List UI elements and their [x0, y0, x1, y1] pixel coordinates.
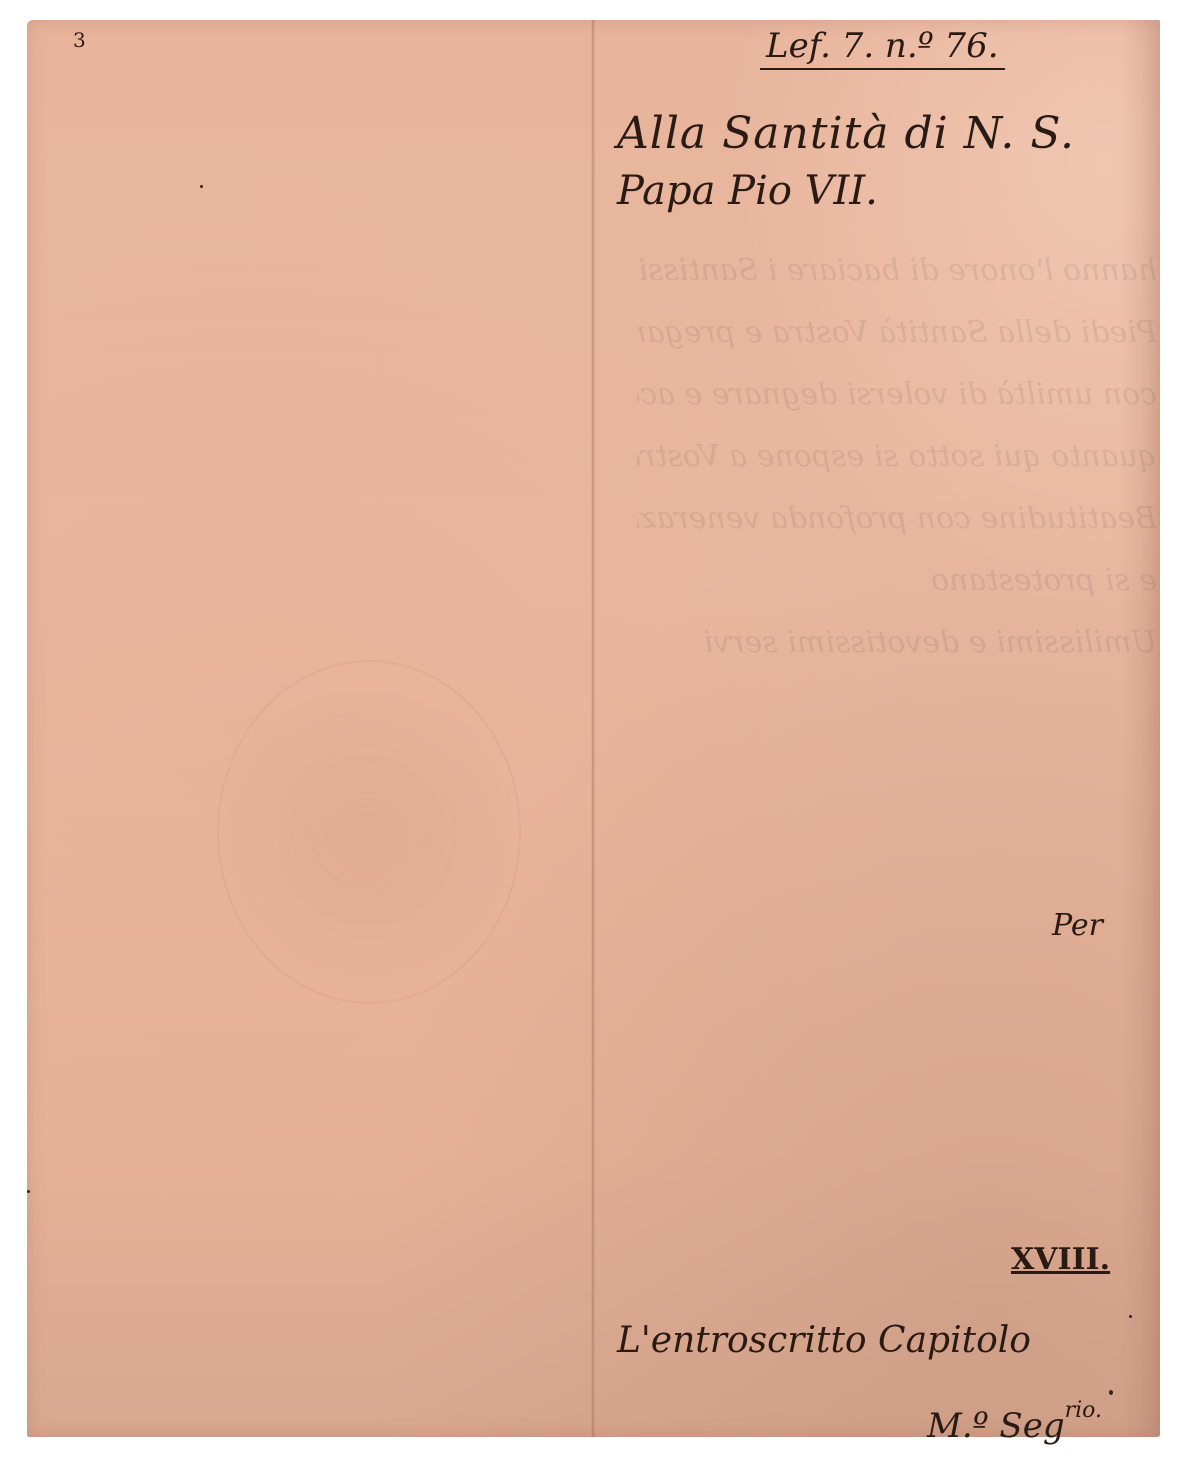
bleed-line: Umilissimi e devotissimi servi	[637, 612, 1157, 674]
wax-seal-ghost	[217, 660, 521, 1004]
address-line-1: Alla Santità di N. S.	[617, 108, 1075, 159]
letter-sheet: hanno l'onore di baciare i Santissimi Pi…	[27, 20, 1160, 1437]
signature-main: M.º Seg	[927, 1406, 1065, 1446]
bleed-line: quanto qui sotto si espone a Vostra	[637, 426, 1157, 488]
bleed-line: hanno l'onore di baciare i Santissimi	[637, 240, 1157, 302]
signature-superscript: rio.	[1065, 1398, 1102, 1423]
ink-spot	[27, 1190, 30, 1193]
per-note: Per	[1052, 908, 1103, 943]
archive-reference: Lef. 7. n.º 76.	[760, 26, 1005, 70]
endorsement-text: L'entroscritto Capitolo	[617, 1320, 1031, 1361]
edge-shading	[1120, 20, 1160, 1437]
bleed-through-text: hanno l'onore di baciare i Santissimi Pi…	[637, 240, 1157, 700]
secretary-signature: M.º Segrio.	[927, 1398, 1102, 1446]
roman-numeral-note: XVIII.	[1011, 1242, 1110, 1277]
page-number: 3	[73, 28, 86, 52]
bleed-line: con umiltà di volersi degnare e accordar…	[637, 364, 1157, 426]
bleed-line: Piedi della Santità Vostra e pregarla	[637, 302, 1157, 364]
ink-spot	[200, 185, 203, 188]
ink-spot	[1129, 1315, 1132, 1318]
bleed-line: e si protestano	[637, 550, 1157, 612]
address-line-2: Papa Pio VII.	[617, 168, 878, 214]
bleed-line: Beatitudine con profonda venerazione	[637, 488, 1157, 550]
ink-spot	[1109, 1390, 1113, 1395]
center-fold-line	[591, 20, 595, 1437]
